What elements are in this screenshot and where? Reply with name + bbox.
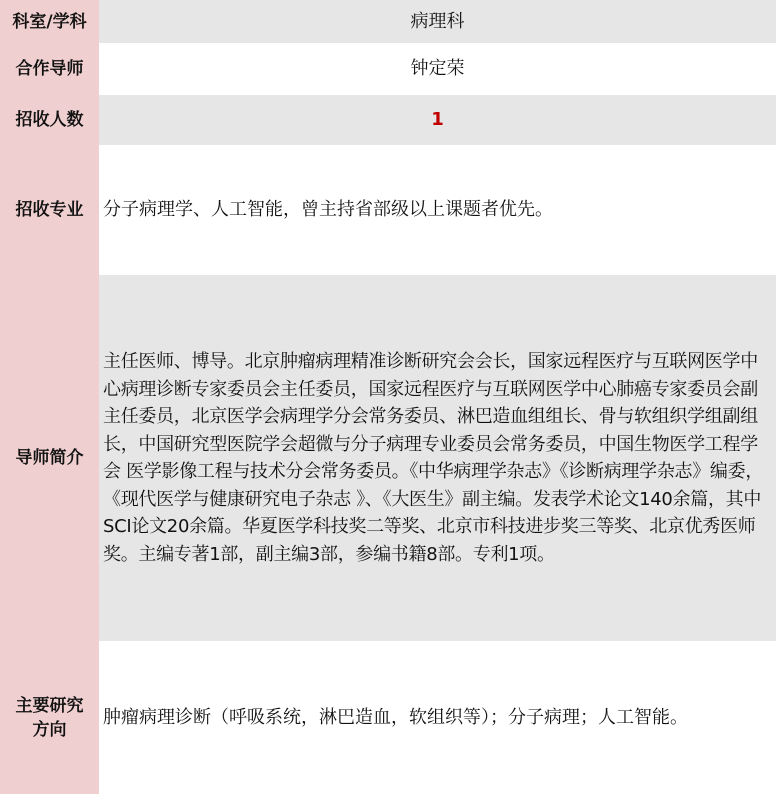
department-value: 病理科 xyxy=(99,0,776,43)
row-enrollment-major: 招收专业 分子病理学、人工智能，曾主持省部级以上课题者优先。 xyxy=(0,145,776,275)
mentor-bio-value: 主任医师、博导。北京肿瘤病理精准诊断研究会会长，国家远程医疗与互联网医学中心病理… xyxy=(99,275,776,641)
mentor-label: 合作导师 xyxy=(0,43,99,95)
row-mentor-bio: 导师简介 主任医师、博导。北京肿瘤病理精准诊断研究会会长，国家远程医疗与互联网医… xyxy=(0,275,776,641)
mentor-info-table: 科室/学科 病理科 合作导师 钟定荣 招收人数 1 招收专业 分子病理学、人工智… xyxy=(0,0,776,794)
enrollment-major-label: 招收专业 xyxy=(0,145,99,275)
research-direction-value: 肿瘤病理诊断（呼吸系统，淋巴造血，软组织等）；分子病理；人工智能。 xyxy=(99,641,776,794)
enrollment-major-value: 分子病理学、人工智能，曾主持省部级以上课题者优先。 xyxy=(99,145,776,275)
enrollment-count-label: 招收人数 xyxy=(0,95,99,145)
enrollment-count-value: 1 xyxy=(431,106,444,134)
row-mentor: 合作导师 钟定荣 xyxy=(0,43,776,95)
mentor-bio-label: 导师简介 xyxy=(0,275,99,641)
row-enrollment-count: 招收人数 1 xyxy=(0,95,776,145)
row-research-direction: 主要研究方向 肿瘤病理诊断（呼吸系统，淋巴造血，软组织等）；分子病理；人工智能。 xyxy=(0,641,776,794)
row-department: 科室/学科 病理科 xyxy=(0,0,776,43)
enrollment-count-value-cell: 1 xyxy=(99,95,776,145)
research-direction-label: 主要研究方向 xyxy=(0,641,99,794)
mentor-value: 钟定荣 xyxy=(99,43,776,95)
department-label: 科室/学科 xyxy=(0,0,99,43)
research-direction-label-text: 主要研究方向 xyxy=(12,694,88,742)
